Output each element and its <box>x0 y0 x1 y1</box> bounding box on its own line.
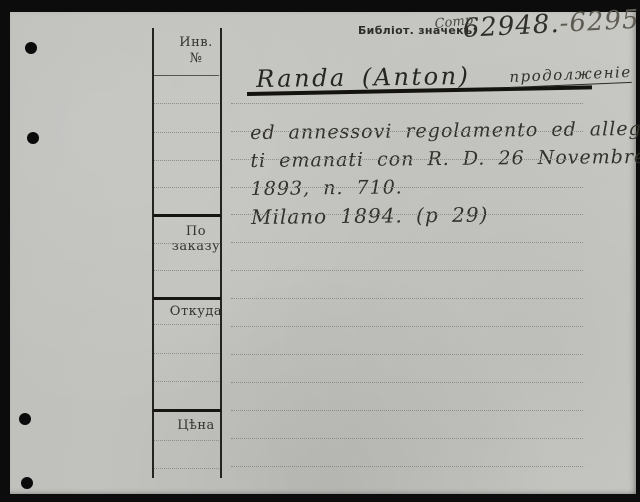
writing-ruled-line <box>231 354 583 355</box>
writing-ruled-line <box>231 214 583 215</box>
punch-hole <box>27 132 39 144</box>
body-line: Milano 1894. (p 29) <box>251 203 489 229</box>
writing-ruled-line <box>231 466 583 467</box>
sidebar-section-divider <box>153 409 221 412</box>
sidebar-section-divider <box>153 297 221 300</box>
handwritten-body: ed annessovi regolamento ed allega – ti … <box>250 116 640 120</box>
sidebar-dotted-rule <box>154 160 219 161</box>
sidebar-dotted-rule <box>154 440 219 441</box>
sidebar-dotted-rule <box>154 243 219 244</box>
sidebar-dotted-rule <box>154 132 219 133</box>
sidebar-rule <box>154 75 219 76</box>
accession-number-first: 62948. <box>462 9 560 44</box>
accession-number: 62948.-6295070 <box>462 2 640 44</box>
accession-number-second: -6295070 <box>559 2 640 39</box>
writing-ruled-line <box>231 159 583 160</box>
writing-ruled-line <box>231 270 583 271</box>
writing-ruled-line <box>231 410 583 411</box>
sidebar-section-divider <box>153 214 221 217</box>
catalog-card: Библіот. значекъ: Сотр 62948.-6295070 Ra… <box>10 12 636 494</box>
writing-ruled-line <box>231 326 583 327</box>
writing-ruled-line <box>231 382 583 383</box>
sidebar-dotted-rule <box>154 353 219 354</box>
punch-hole <box>19 413 31 425</box>
sidebar-dotted-rule <box>154 381 219 382</box>
sidebar-dotted-rule <box>154 270 219 271</box>
sidebar-dotted-rule <box>154 324 219 325</box>
sidebar-dotted-rule <box>154 103 219 104</box>
body-line: 1893, n. 710. <box>251 176 403 200</box>
continuation-note: продолженіе <box>509 63 632 88</box>
writing-ruled-line <box>231 438 583 439</box>
sidebar-dotted-rule <box>154 468 219 469</box>
punch-hole <box>25 42 37 54</box>
writing-ruled-line <box>231 103 583 104</box>
writing-ruled-line <box>231 298 583 299</box>
writing-ruled-line <box>231 131 583 132</box>
writing-ruled-line <box>231 187 583 188</box>
writing-ruled-line <box>231 242 583 243</box>
punch-hole <box>21 477 33 489</box>
sidebar-dotted-rule <box>154 187 219 188</box>
scanned-catalog-card-page: Библіот. значекъ: Сотр 62948.-6295070 Ra… <box>0 0 640 502</box>
